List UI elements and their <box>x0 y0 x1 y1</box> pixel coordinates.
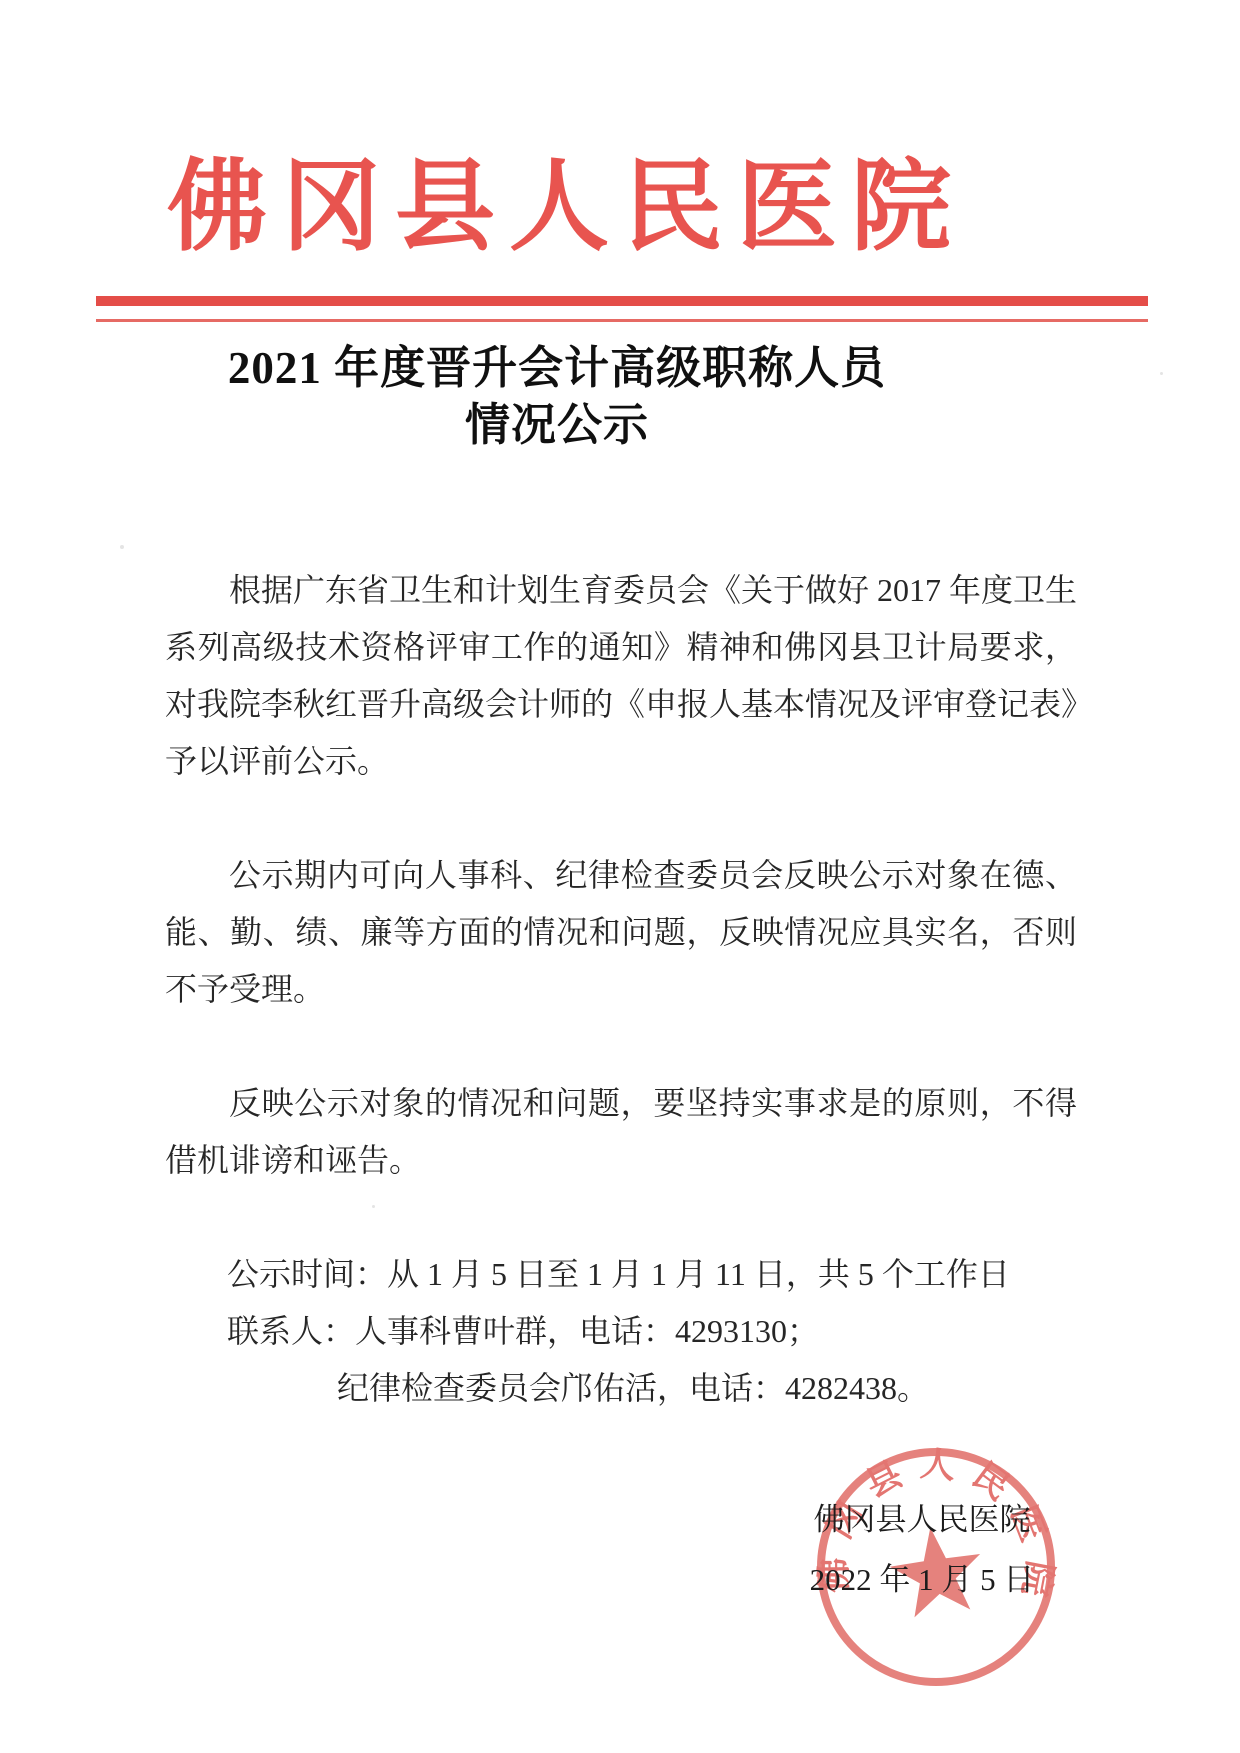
body-paragraph-principles: 反映公示对象的情况和问题，要坚持实事求是的原则，不得借机诽谤和诬告。 <box>165 1075 1077 1189</box>
notice-discipline-contact-line: 纪律检查委员会邝佑活，电话：4282438。 <box>165 1360 1077 1417</box>
document-title-line2: 情况公示 <box>0 397 1114 454</box>
body-paragraph-feedback-channels: 公示期内可向人事科、纪律检查委员会反映公示对象在德、能、勤、绩、廉等方面的情况和… <box>165 847 1077 1018</box>
notice-contact-line: 联系人：人事科曹叶群，电话：4293130； <box>165 1303 1077 1360</box>
signature-org: 佛冈县人民医院 <box>752 1490 1092 1550</box>
notice-time-line: 公示时间：从 1 月 5 日至 1 月 1 月 11 日，共 5 个工作日 <box>165 1246 1077 1303</box>
hospital-letterhead: 佛冈县人民医院 <box>167 152 967 264</box>
signature-date: 2022 年 1 月 5 日 <box>752 1550 1092 1610</box>
body-paragraph-basis: 根据广东省卫生和计划生育委员会《关于做好 2017 年度卫生系列高级技术资格评审… <box>165 562 1077 790</box>
scan-speckle <box>120 545 124 549</box>
notice-block: 公示时间：从 1 月 5 日至 1 月 1 月 11 日，共 5 个工作日 联系… <box>165 1246 1077 1417</box>
document-title: 2021 年度晋升会计高级职称人员 情况公示 <box>0 340 1114 454</box>
scan-speckle <box>372 1205 375 1208</box>
letterhead-rule-thin <box>96 319 1148 322</box>
document-body: 根据广东省卫生和计划生育委员会《关于做好 2017 年度卫生系列高级技术资格评审… <box>165 562 1077 1417</box>
document-page: 佛冈县人民医院 2021 年度晋升会计高级职称人员 情况公示 根据广东省卫生和计… <box>0 0 1240 1753</box>
scan-speckle <box>1160 372 1163 375</box>
letterhead-rule-thick <box>96 296 1148 306</box>
signature-block: 佛冈县人民医院 2022 年 1 月 5 日 <box>752 1490 1092 1610</box>
document-title-line1: 2021 年度晋升会计高级职称人员 <box>0 340 1114 397</box>
